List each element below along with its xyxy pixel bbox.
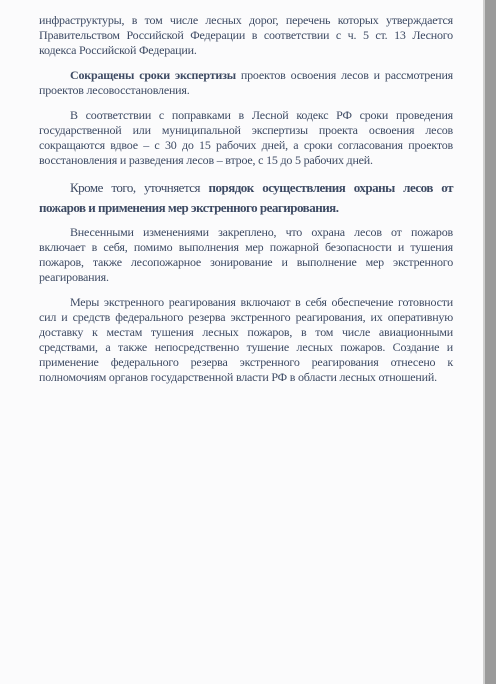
paragraph-continuation: инфраструктуры, в том числе лесных дорог… (39, 13, 453, 58)
paragraph-text: Внесенными изменениями закреплено, что о… (39, 225, 453, 284)
paragraph-text: Меры экстренного реагирования включают в… (39, 295, 453, 384)
scanner-edge-strip (483, 0, 496, 684)
paragraph-bold-lead: Сокращены сроки экспертизы (70, 68, 236, 82)
paragraph-details: Внесенными изменениями закреплено, что о… (39, 225, 453, 285)
paragraph-details: В соответствии с поправками в Лесной код… (39, 108, 453, 168)
document-text-block: инфраструктуры, в том числе лесных дорог… (39, 13, 453, 395)
paragraph-text: Кроме того, уточняется (70, 180, 208, 195)
paragraph-text: В соответствии с поправками в Лесной код… (39, 108, 453, 167)
paragraph-summary: Сокращены сроки экспертизы проектов осво… (39, 68, 453, 98)
paragraph-text: инфраструктуры, в том числе лесных дорог… (39, 13, 453, 57)
paragraph-details: Меры экстренного реагирования включают в… (39, 295, 453, 385)
paragraph-emphasis: Кроме того, уточняется порядок осуществл… (39, 178, 453, 218)
scanned-document-page: инфраструктуры, в том числе лесных дорог… (0, 0, 496, 684)
